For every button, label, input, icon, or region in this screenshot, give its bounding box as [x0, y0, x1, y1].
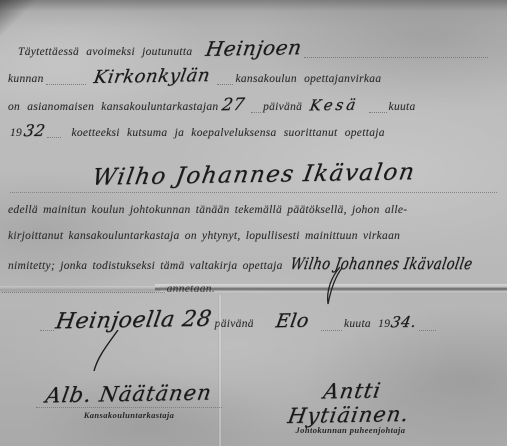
- dotted-blank-segment: [217, 83, 233, 85]
- dotted-blank-segment: [47, 136, 61, 138]
- signature-title-inspector: Kansakouluntarkastaja: [36, 410, 222, 420]
- line-teacher-name: Wilho Johannes Ikävalon: [10, 156, 497, 193]
- dotted-blank-line: [304, 56, 488, 58]
- handwritten-teacher-name: Wilho Johannes Ikävalon: [90, 159, 417, 191]
- printed-text-appointed: nimitetty; jonka todistukseksi tämä valt…: [8, 260, 283, 272]
- printed-text-19: 19: [10, 127, 22, 139]
- line-appointed: nimitetty; jonka todistukseksi tämä valt…: [8, 254, 507, 273]
- handwritten-signature-chairman: Antti Hytiäinen.: [254, 377, 447, 428]
- handwritten-school-name: Kirkonkylän: [92, 65, 211, 88]
- handwritten-place-and-day: Heinjoella 28: [53, 307, 213, 335]
- printed-text-agreed: kirjoittanut kansakouluntarkastaja on yh…: [8, 230, 400, 242]
- line-year-probation: 19 32 koetteeksi kutsuma ja koepalveluks…: [10, 121, 450, 140]
- signature-block-inspector: Alb. Näätänen Kansakouluntarkastaja: [36, 382, 222, 420]
- printed-text-position: kansakoulun opettajanvirkaa: [235, 73, 381, 85]
- dotted-blank-segment: [46, 83, 86, 85]
- dotted-blank-segment: [251, 111, 261, 113]
- printed-text-paivana: päivänä: [263, 101, 302, 113]
- signature-block-chairman: Antti Hytiäinen. Johtokunnan puheenjohta…: [258, 379, 443, 435]
- printed-text-kunnan: kunnan: [8, 73, 44, 85]
- line-school: kunnan Kirkonkylän kansakoulun opettajan…: [8, 66, 448, 87]
- printed-text-intro: Täytettäessä avoimeksi joutunutta: [18, 46, 192, 58]
- vertical-crease: [218, 295, 222, 446]
- line-intro: Täytettäessä avoimeksi joutunutta Heinjo…: [18, 36, 490, 60]
- dotted-blank-segment: [40, 329, 54, 331]
- line-inspector-date: on asianomaisen kansakouluntarkastajan 2…: [8, 95, 448, 115]
- ink-flourish: [318, 266, 344, 306]
- handwritten-month-2: Elo: [274, 310, 310, 333]
- handwritten-teacher-name-dative: Wilho Johannes Ikävalolle: [289, 254, 474, 273]
- certificate-paper: Täytettäessä avoimeksi joutunutta Heinjo…: [0, 0, 507, 446]
- printed-text-kuuta: kuuta: [389, 101, 416, 113]
- handwritten-signature-inspector: Alb. Näätänen: [44, 381, 214, 408]
- printed-text-probation: koetteeksi kutsuma ja koepalveluksensa s…: [71, 127, 384, 139]
- handwritten-year: 32: [23, 121, 47, 140]
- handwritten-municipality-name: Heinjoen: [204, 35, 304, 61]
- handwritten-day: 27: [221, 95, 247, 115]
- printed-text-inspector: on asianomaisen kansakouluntarkastajan: [8, 101, 218, 113]
- fold-crease-left: [0, 286, 160, 293]
- dotted-blank-segment: [419, 329, 436, 331]
- printed-text-kuuta-19: kuuta 19: [344, 318, 390, 330]
- printed-text-board: edellä mainitun koulun johtokunnan tänää…: [8, 204, 407, 216]
- line-inspector-agreed: kirjoittanut kansakouluntarkastaja on yh…: [8, 230, 453, 242]
- ink-flourish-descender: [92, 330, 122, 372]
- dotted-blank-segment: [321, 329, 342, 331]
- handwritten-month: Kesä: [309, 96, 360, 115]
- handwritten-year-2: 34.: [390, 313, 418, 331]
- dotted-blank-segment: [369, 111, 387, 113]
- line-board-decision: edellä mainitun koulun johtokunnan tänää…: [8, 204, 453, 216]
